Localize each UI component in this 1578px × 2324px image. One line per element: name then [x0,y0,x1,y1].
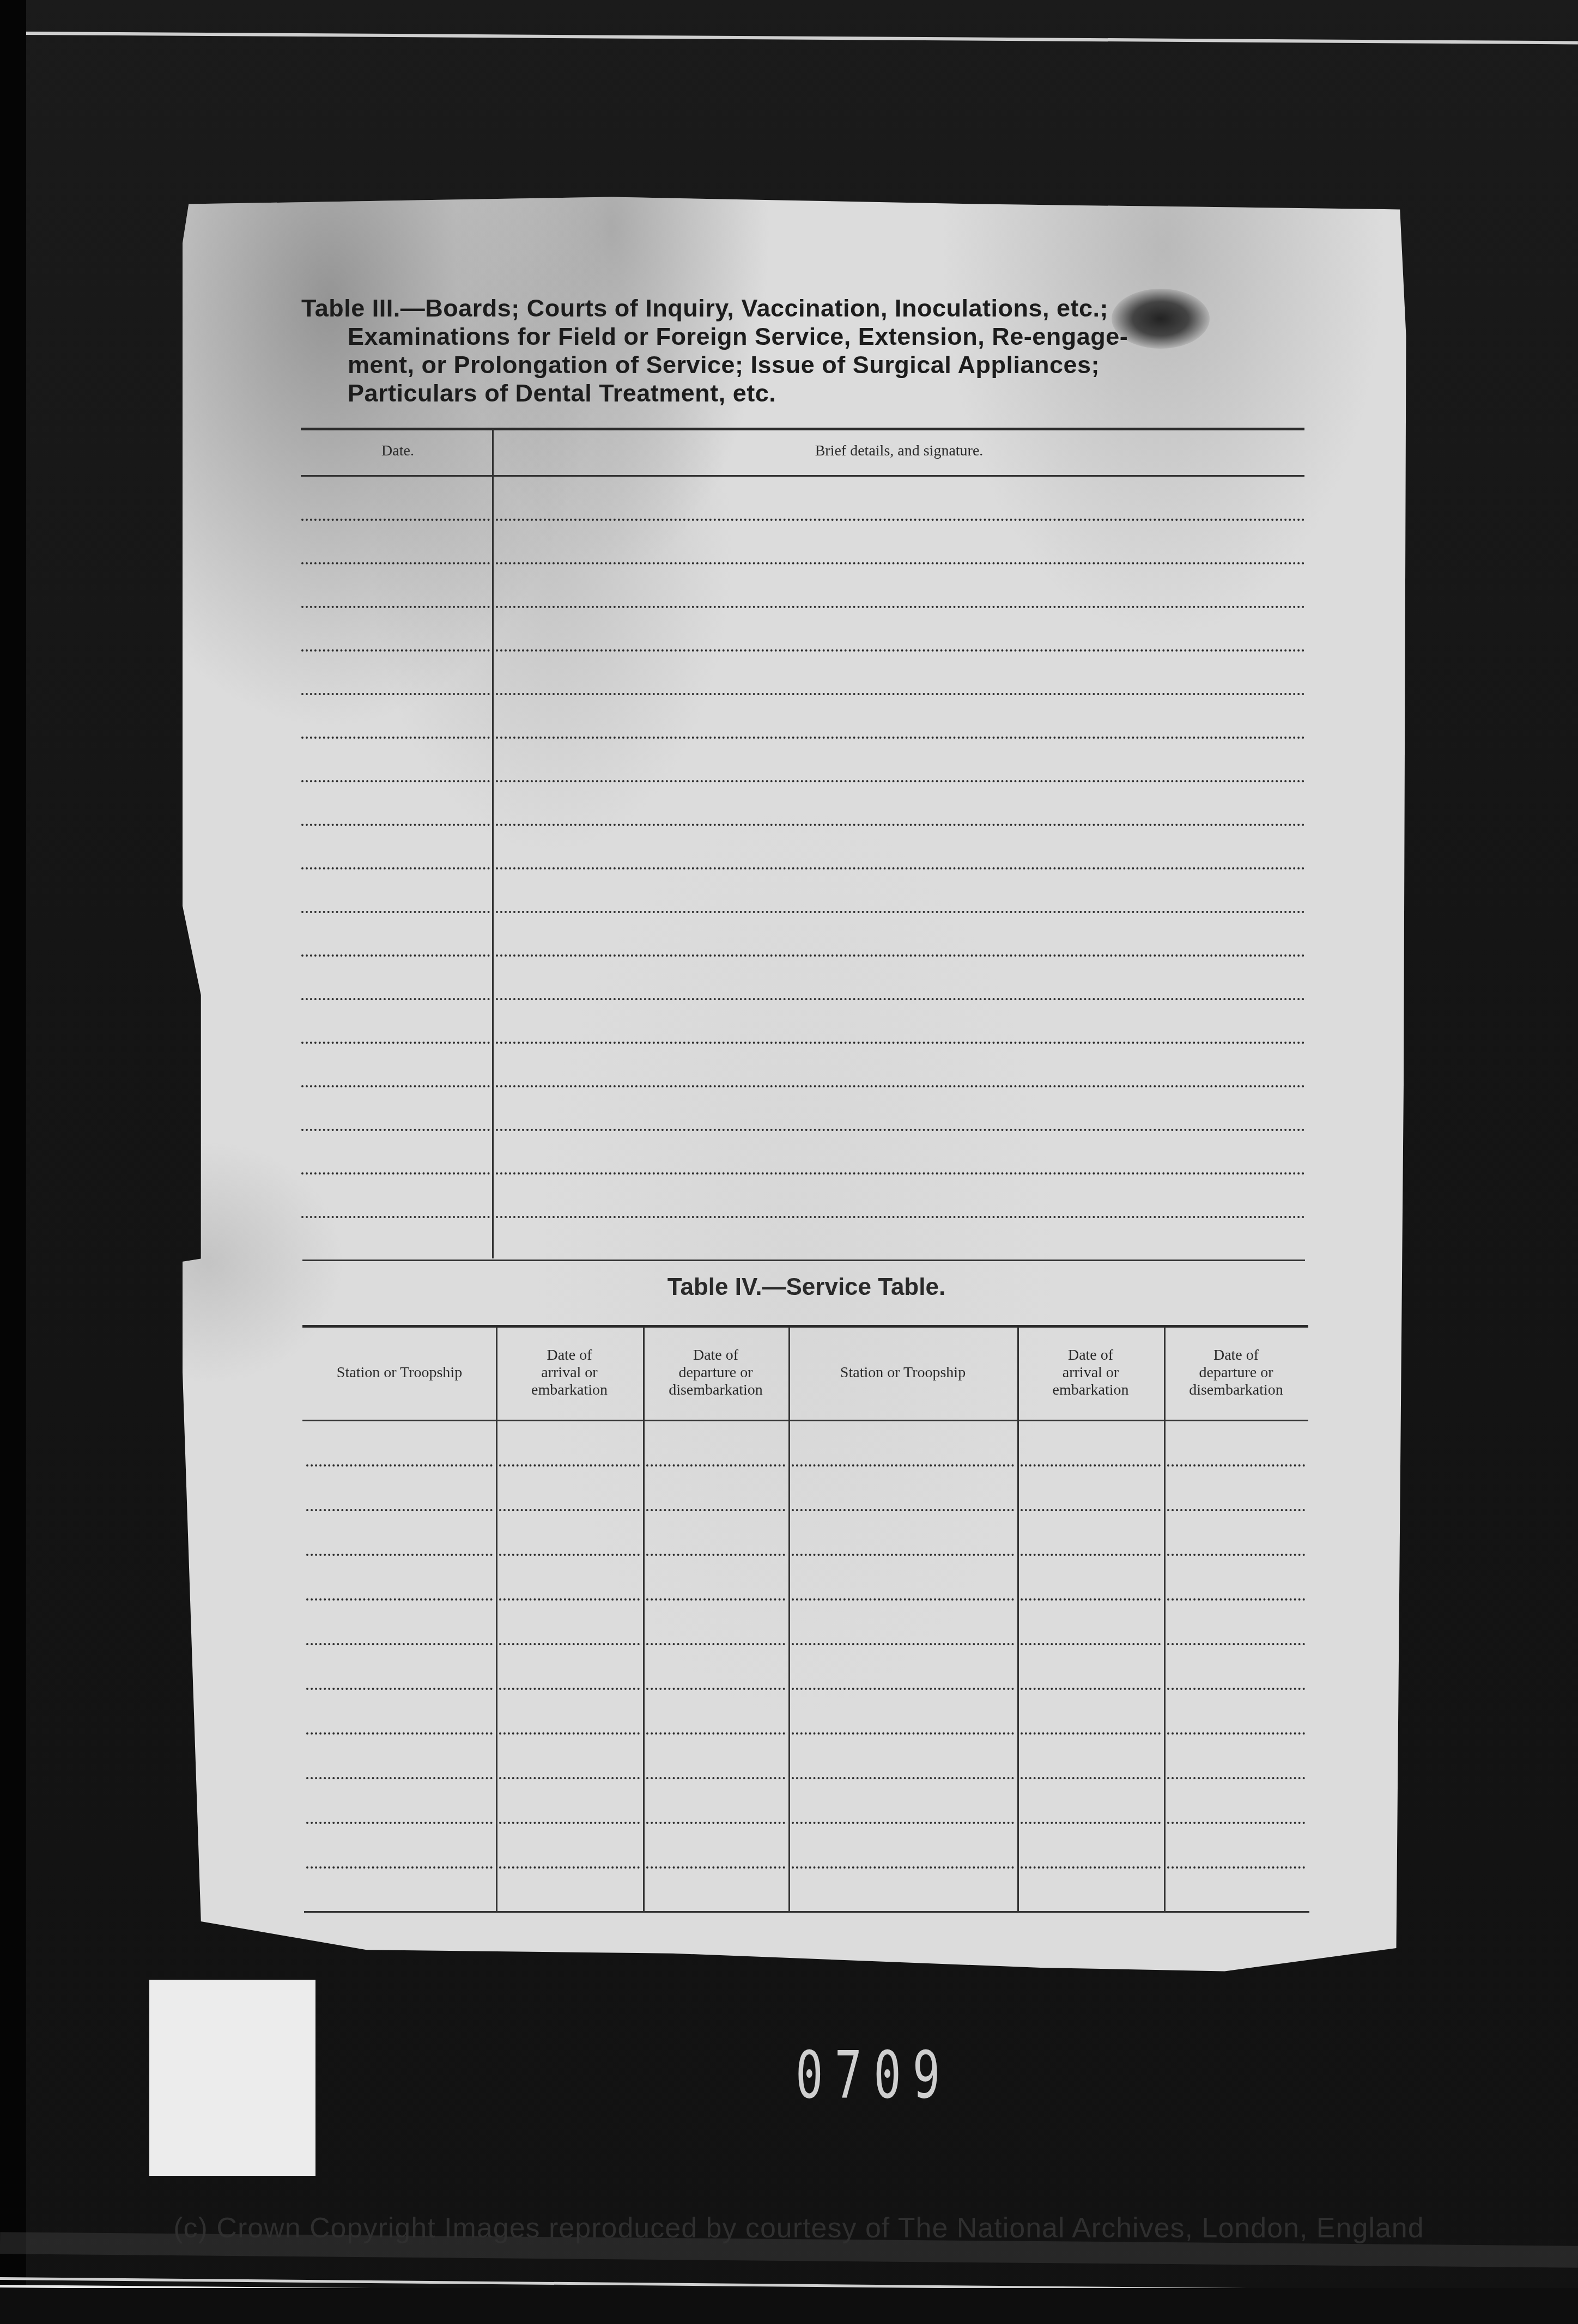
table4-row-line [792,1598,1014,1601]
table3-details-cell [494,824,1304,867]
table4-row-line [306,1554,493,1556]
calibration-card [149,1980,315,2176]
table4-row-line [792,1643,1014,1645]
table4-header-col-4: Station or Troopship [788,1364,1017,1382]
table3-date-cell [301,1085,491,1129]
table3-date-cell [301,780,491,824]
table3-date-cell [301,954,491,998]
table3-date-cell [301,1216,491,1260]
table4-row-line [306,1598,493,1601]
table4-column-divider [496,1327,497,1911]
table3-details-cell [494,911,1304,954]
table4-row-line [646,1643,785,1645]
table3-date-cell [301,475,491,519]
table3-details-cell [494,998,1304,1042]
table4-row-line [499,1554,640,1556]
table4-column-divider [1164,1327,1166,1911]
table4-header-text: Date of [643,1347,788,1364]
table4-header-text: disembarkation [643,1382,788,1399]
table3-date-cell [301,824,491,867]
table4-row-line [792,1732,1014,1735]
table3-details-cell [494,519,1304,562]
table4-row-line [1167,1598,1305,1601]
table4-row-line [499,1732,640,1735]
table4-header-text: departure or [1164,1364,1308,1382]
table4-row-line [646,1509,785,1511]
table3-details-cell [494,1216,1304,1260]
table4-row-line [1167,1554,1305,1556]
table3-date-cell [301,998,491,1042]
table4-header-text: embarkation [1017,1382,1164,1399]
table4-row-line [792,1554,1014,1556]
table4-row-line [1167,1464,1305,1467]
table3-date-cell [301,606,491,649]
table3-details-cell [494,737,1304,780]
table4-row-line [792,1822,1014,1824]
table4-row-line [499,1777,640,1779]
table4-row-line [646,1822,785,1824]
table3-details-cell [494,649,1304,693]
table3-title-line-1: Table III.—Boards; Courts of Inquiry, Va… [301,294,1309,323]
table3-title-line-4: Particulars of Dental Treatment, etc. [301,379,1309,407]
table4-row-line [1167,1509,1305,1511]
table4-row-line [499,1643,640,1645]
table4-header-text: Station or Troopship [303,1364,496,1382]
table4-row-line [306,1732,493,1735]
table3-date-cell [301,1172,491,1216]
table4-row-line [646,1688,785,1690]
table3-date-cell [301,519,491,562]
table3-header-date: Date. [305,442,490,460]
table4-row-line [1021,1464,1161,1467]
table4-row-line [646,1866,785,1869]
table4-row-line [1167,1688,1305,1690]
table3-header-details: Brief details, and signature. [496,442,1302,460]
table4-header-text: Date of [496,1347,643,1364]
table4-header-rule [302,1420,1308,1421]
table4-row-line [792,1688,1014,1690]
table3-date-cell [301,1042,491,1085]
table3-title-line-3: ment, or Prolongation of Service; Issue … [301,351,1309,379]
table4-top-rule [302,1325,1308,1328]
table4-row-line [306,1643,493,1645]
table3-details-cell [494,1172,1304,1216]
table4-row-line [646,1732,785,1735]
table4-header-text: Date of [1164,1347,1308,1364]
table4-row-line [306,1464,493,1467]
table4-row-line [646,1777,785,1779]
table4-row-line [499,1598,640,1601]
table4-column-divider [788,1327,790,1911]
table4-row-line [1021,1822,1161,1824]
table4-header-col-5: Date ofarrival orembarkation [1017,1347,1164,1399]
table4-row-line [646,1464,785,1467]
table3-details-cell [494,780,1304,824]
table4-header-text: Station or Troopship [788,1364,1017,1382]
table3-details-cell [494,693,1304,737]
table4-row-line [1021,1598,1161,1601]
table4-row-line [1167,1777,1305,1779]
copyright-notice: (c) Crown Copyright Images reproduced by… [129,2212,1469,2244]
table4-row-line [1021,1866,1161,1869]
table3-title: Table III.—Boards; Courts of Inquiry, Va… [301,294,1309,407]
table3-date-cell [301,562,491,606]
table4-row-line [1021,1509,1161,1511]
table4-row-line [1167,1643,1305,1645]
table3-title-line-2: Examinations for Field or Foreign Servic… [301,323,1309,351]
frame-number: 0709 [796,2037,948,2113]
table4-row-line [1167,1866,1305,1869]
film-edge [0,0,26,2324]
table4-row-line [499,1464,640,1467]
table4-title: Table IV.—Service Table. [294,1274,1319,1301]
table4-row-line [646,1598,785,1601]
table4-row-line [1021,1688,1161,1690]
table3-date-cell [301,1129,491,1172]
table4-row-line [499,1509,640,1511]
table4-row-line [306,1822,493,1824]
table4-row-line [1021,1777,1161,1779]
table4-row-line [499,1688,640,1690]
table4-row-line [499,1822,640,1824]
table4-row-line [792,1777,1014,1779]
table4-row-line [1021,1732,1161,1735]
table4-row-line [1021,1554,1161,1556]
table4-row-line [792,1464,1014,1467]
table4-header-col-2: Date ofarrival orembarkation [496,1347,643,1399]
table3-date-cell [301,737,491,780]
table4-row-line [499,1866,640,1869]
table4-header-text: departure or [643,1364,788,1382]
table3-date-cell [301,911,491,954]
table4-column-divider [643,1327,645,1911]
table4-row-line [1167,1732,1305,1735]
table4-row-line [306,1509,493,1511]
table4-header-text: arrival or [496,1364,643,1382]
table4-row-line [792,1866,1014,1869]
table4-row-line [306,1688,493,1690]
table3-details-cell [494,1129,1304,1172]
table3-bottom-rule [302,1260,1305,1261]
table4-bottom-rule [304,1911,1309,1913]
table4-header-text: arrival or [1017,1364,1164,1382]
table3-date-cell [301,867,491,911]
table4-row-line [306,1777,493,1779]
table4-header-col-3: Date ofdeparture ordisembarkation [643,1347,788,1399]
table3-top-rule [301,428,1304,430]
table3-details-cell [494,867,1304,911]
table3-date-cell [301,693,491,737]
table4-row-line [1021,1643,1161,1645]
table3-details-cell [494,1085,1304,1129]
table3-date-cell [301,649,491,693]
table4-header-col-6: Date ofdeparture ordisembarkation [1164,1347,1308,1399]
table4-row-line [792,1509,1014,1511]
table4-header-col-1: Station or Troopship [303,1364,496,1382]
table4-row-line [646,1554,785,1556]
table3-details-cell [494,475,1304,519]
table4-header-text: disembarkation [1164,1382,1308,1399]
film-bottom-band [0,2288,1578,2324]
table3-details-cell [494,562,1304,606]
table4-column-divider [1017,1327,1019,1911]
table4-row-line [1167,1822,1305,1824]
table4-header-text: Date of [1017,1347,1164,1364]
table3-details-cell [494,954,1304,998]
table4-header-text: embarkation [496,1382,643,1399]
table4-row-line [306,1866,493,1869]
table3-details-cell [494,1042,1304,1085]
table3-details-cell [494,606,1304,649]
